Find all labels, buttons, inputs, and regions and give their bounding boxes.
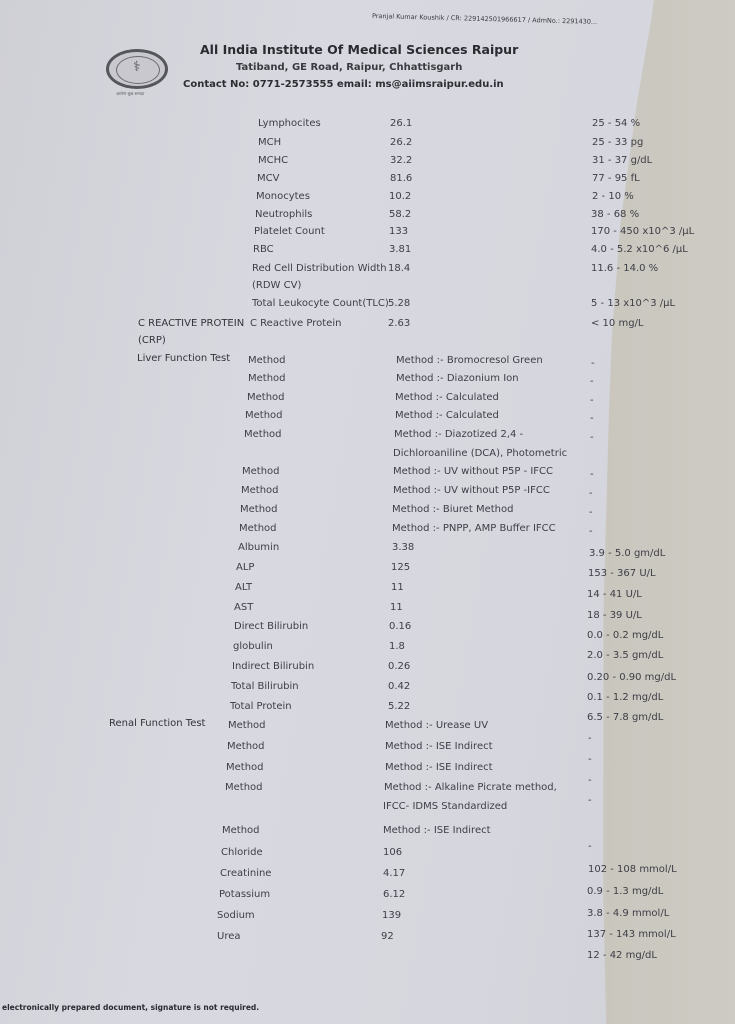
test-result-line2: Dichloroaniline (DCA), Photometric (393, 448, 567, 459)
test-result: 92 (381, 931, 394, 942)
test-name: Indirect Bilirubin (232, 661, 314, 672)
test-result: 26.2 (390, 137, 412, 148)
reference-range: - (590, 469, 594, 480)
test-name: Method (247, 392, 285, 403)
reference-range: 137 - 143 mmol/L (587, 929, 676, 940)
test-result: 1.8 (389, 641, 405, 652)
reference-range: 2 - 10 % (592, 191, 634, 202)
reference-range: - (588, 733, 592, 744)
institution-contact: Contact No: 0771-2573555 email: ms@aiims… (183, 79, 504, 90)
test-result: Method :- Biuret Method (392, 504, 513, 515)
test-name: Potassium (219, 889, 270, 900)
test-name: MCH (258, 137, 281, 148)
test-name: Lymphocites (258, 118, 321, 129)
test-name: Method (241, 485, 279, 496)
test-name: C Reactive Protein (250, 318, 341, 329)
reference-range: 31 - 37 g/dL (592, 155, 652, 166)
reference-range: 12 - 42 mg/dL (587, 950, 657, 961)
test-name: Method (225, 782, 263, 793)
test-name: MCHC (258, 155, 288, 166)
test-group-label: Liver Function Test (137, 353, 230, 364)
test-name: Method (227, 741, 265, 752)
test-result: Method :- ISE Indirect (383, 825, 491, 836)
test-result: 11 (391, 582, 404, 593)
test-result: Method :- Diazonium Ion (396, 373, 519, 384)
test-result: Method :- Calculated (395, 410, 499, 421)
test-result-line2: IFCC- IDMS Standardized (383, 801, 507, 812)
test-name: globulin (233, 641, 273, 652)
test-name: Red Cell Distribution Width (252, 263, 387, 274)
test-name-line2: (RDW CV) (252, 280, 301, 291)
reference-range: 77 - 95 fL (592, 173, 640, 184)
test-result: 81.6 (390, 173, 412, 184)
test-name: Direct Bilirubin (234, 621, 308, 632)
test-name: Total Bilirubin (231, 681, 299, 692)
test-result: 32.2 (390, 155, 412, 166)
test-result: Method :- Diazotized 2,4 - (394, 429, 523, 440)
reference-range: - (588, 795, 592, 806)
reference-range: 18 - 39 U/L (587, 610, 642, 621)
test-name: Neutrophils (255, 209, 312, 220)
reference-range: 3.9 - 5.0 gm/dL (589, 548, 665, 559)
reference-range: 4.0 - 5.2 x10^6 /µL (591, 244, 688, 255)
test-result: 11 (390, 602, 403, 613)
test-result: Method :- Urease UV (385, 720, 488, 731)
test-name: ALT (235, 582, 252, 593)
test-name: Method (228, 720, 266, 731)
institution-name: All India Institute Of Medical Sciences … (200, 42, 518, 57)
reference-range: - (588, 775, 592, 786)
test-result: 6.12 (383, 889, 405, 900)
reference-range: - (588, 841, 592, 852)
test-result: 18.4 (388, 263, 410, 274)
test-result: Method :- ISE Indirect (385, 741, 493, 752)
reference-range: 102 - 108 mmol/L (588, 864, 677, 875)
test-name: Method (239, 523, 277, 534)
reference-range: - (590, 432, 594, 443)
caduceus-icon: ⚕ (133, 60, 141, 74)
reference-range: < 10 mg/L (591, 318, 644, 329)
test-result: 0.42 (388, 681, 410, 692)
test-result: 10.2 (389, 191, 411, 202)
test-name: Total Protein (230, 701, 292, 712)
reference-range: 2.0 - 3.5 gm/dL (587, 650, 663, 661)
test-result: 58.2 (389, 209, 411, 220)
test-result: 133 (389, 226, 408, 237)
test-result: 4.17 (383, 868, 405, 879)
test-group-label: C REACTIVE PROTEIN (138, 318, 244, 329)
test-name: Method (240, 504, 278, 515)
test-name: Creatinine (220, 868, 271, 879)
reference-range: - (590, 376, 594, 387)
test-result: 26.1 (390, 118, 412, 129)
test-name: AST (234, 602, 253, 613)
reference-range: 0.9 - 1.3 mg/dL (587, 886, 663, 897)
test-name: ALP (236, 562, 254, 573)
reference-range: 14 - 41 U/L (587, 589, 642, 600)
reference-range: - (589, 526, 593, 537)
reference-range: - (591, 358, 595, 369)
test-name: Method (226, 762, 264, 773)
footer-note: electronically prepared document, signat… (2, 1003, 259, 1012)
institution-address: Tatiband, GE Road, Raipur, Chhattisgarh (236, 62, 462, 73)
test-result: Method :- ISE Indirect (385, 762, 493, 773)
reference-range: 11.6 - 14.0 % (591, 263, 658, 274)
test-result: Method :- Alkaline Picrate method, (384, 782, 557, 793)
aiims-emblem-icon: ⚕ (106, 49, 168, 89)
reference-range: 6.5 - 7.8 gm/dL (587, 712, 663, 723)
test-name: Chloride (221, 847, 263, 858)
reference-range: - (590, 395, 594, 406)
test-name: Monocytes (256, 191, 310, 202)
test-name: Method (244, 429, 282, 440)
test-result: Method :- UV without P5P - IFCC (393, 466, 553, 477)
test-result: 139 (382, 910, 401, 921)
test-result: 3.81 (389, 244, 411, 255)
test-result: Method :- Calculated (395, 392, 499, 403)
reference-range: - (589, 507, 593, 518)
test-result: 5.22 (388, 701, 410, 712)
test-result: 0.16 (389, 621, 411, 632)
reference-range: 0.20 - 0.90 mg/dL (587, 672, 676, 683)
logo-caption: आरोग्यं सुख सम्पदा (116, 91, 144, 97)
reference-range: 25 - 54 % (592, 118, 640, 129)
reference-range: 38 - 68 % (591, 209, 639, 220)
reference-range: 3.8 - 4.9 mmol/L (587, 908, 669, 919)
test-result: Method :- UV without P5P -IFCC (393, 485, 550, 496)
test-name: Method (245, 410, 283, 421)
test-name: RBC (253, 244, 274, 255)
test-result: 106 (383, 847, 402, 858)
test-group-label-line2: (CRP) (138, 335, 166, 346)
test-result: 2.63 (388, 318, 410, 329)
test-result: Method :- Bromocresol Green (396, 355, 543, 366)
test-group-label: Renal Function Test (109, 718, 205, 729)
reference-range: 25 - 33 pg (592, 137, 643, 148)
test-result: 3.38 (392, 542, 414, 553)
test-name: Method (242, 466, 280, 477)
test-name: MCV (257, 173, 279, 184)
test-name: Platelet Count (254, 226, 325, 237)
test-result: Method :- PNPP, AMP Buffer IFCC (392, 523, 556, 534)
test-result: 0.26 (388, 661, 410, 672)
test-name: Total Leukocyte Count(TLC) (252, 298, 389, 309)
reference-range: 0.1 - 1.2 mg/dL (587, 692, 663, 703)
reference-range: 5 - 13 x10^3 /µL (591, 298, 675, 309)
reference-range: - (590, 413, 594, 424)
test-result: 5.28 (388, 298, 410, 309)
test-name: Urea (217, 931, 241, 942)
test-name: Sodium (217, 910, 255, 921)
test-name: Method (248, 373, 286, 384)
test-result: 125 (391, 562, 410, 573)
reference-range: - (589, 488, 593, 499)
test-name: Albumin (238, 542, 279, 553)
test-name: Method (222, 825, 260, 836)
reference-range: 153 - 367 U/L (588, 568, 656, 579)
reference-range: 170 - 450 x10^3 /µL (591, 226, 694, 237)
test-name: Method (248, 355, 286, 366)
reference-range: 0.0 - 0.2 mg/dL (587, 630, 663, 641)
reference-range: - (588, 754, 592, 765)
